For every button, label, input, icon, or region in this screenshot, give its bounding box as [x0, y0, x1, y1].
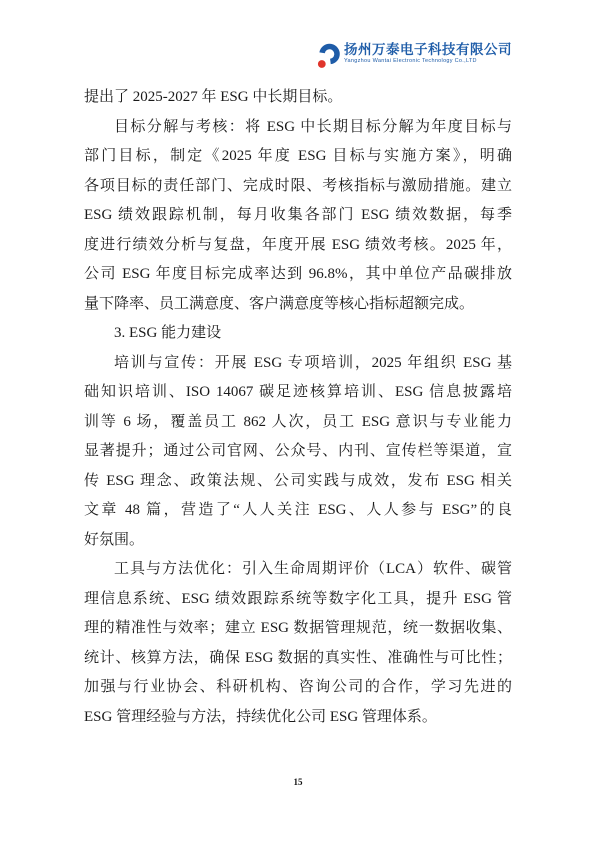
- text-line: ESG 管理经验与方法，持续优化公司 ESG 管理体系。: [84, 703, 512, 733]
- paragraph: 3. ESG 能力建设: [84, 319, 512, 349]
- text-line: 目标分解与考核：将 ESG 中长期目标分解为年度目标与: [84, 113, 512, 143]
- company-name-en: Yangzhou Wantai Electronic Technology Co…: [344, 57, 512, 65]
- page-footer: 15: [0, 772, 596, 790]
- company-logo: 扬州万泰电子科技有限公司 Yangzhou Wantai Electronic …: [317, 42, 512, 70]
- text-line: 好氛围。: [84, 526, 512, 556]
- text-line: 显著提升；通过公司官网、公众号、内刊、宣传栏等渠道，宣: [84, 437, 512, 467]
- text-line: 统计、核算方法，确保 ESG 数据的真实性、准确性与可比性；: [84, 644, 512, 674]
- text-line: 文章 48 篇，营造了“人人关注 ESG、人人参与 ESG”的良: [84, 496, 512, 526]
- company-logo-icon: [317, 43, 340, 70]
- paragraph: 目标分解与考核：将 ESG 中长期目标分解为年度目标与部门目标，制定《2025 …: [84, 113, 512, 320]
- text-line: 各项目标的责任部门、完成时限、考核指标与激励措施。建立: [84, 172, 512, 202]
- company-logo-text: 扬州万泰电子科技有限公司 Yangzhou Wantai Electronic …: [344, 42, 512, 65]
- text-line: 加强与行业协会、科研机构、咨询公司的合作，学习先进的: [84, 673, 512, 703]
- text-line: 训等 6 场，覆盖员工 862 人次，员工 ESG 意识与专业能力: [84, 408, 512, 438]
- text-line: 传 ESG 理念、政策法规、公司实践与成效，发布 ESG 相关: [84, 467, 512, 497]
- text-line: 理的精准性与效率；建立 ESG 数据管理规范，统一数据收集、: [84, 614, 512, 644]
- paragraph: 培训与宣传：开展 ESG 专项培训，2025 年组织 ESG 基础知识培训、IS…: [84, 349, 512, 556]
- text-line: 3. ESG 能力建设: [84, 319, 512, 349]
- text-line: 培训与宣传：开展 ESG 专项培训，2025 年组织 ESG 基: [84, 349, 512, 379]
- paragraph: 提出了 2025-2027 年 ESG 中长期目标。: [84, 83, 512, 113]
- text-line: 工具与方法优化：引入生命周期评价（LCA）软件、碳管: [84, 555, 512, 585]
- text-line: 公司 ESG 年度目标完成率达到 96.8%，其中单位产品碳排放: [84, 260, 512, 290]
- text-line: ESG 绩效跟踪机制，每月收集各部门 ESG 绩效数据，每季: [84, 201, 512, 231]
- page-number: 15: [294, 777, 303, 787]
- text-line: 度进行绩效分析与复盘，年度开展 ESG 绩效考核。2025 年，: [84, 231, 512, 261]
- text-line: 理信息系统、ESG 绩效跟踪系统等数字化工具，提升 ESG 管: [84, 585, 512, 615]
- text-line: 量下降率、员工满意度、客户满意度等核心指标超额完成。: [84, 290, 512, 320]
- text-line: 础知识培训、ISO 14067 碳足迹核算培训、ESG 信息披露培: [84, 378, 512, 408]
- text-line: 提出了 2025-2027 年 ESG 中长期目标。: [84, 83, 512, 113]
- company-name-zh: 扬州万泰电子科技有限公司: [344, 42, 512, 57]
- paragraph: 工具与方法优化：引入生命周期评价（LCA）软件、碳管理信息系统、ESG 绩效跟踪…: [84, 555, 512, 732]
- document-body: 提出了 2025-2027 年 ESG 中长期目标。目标分解与考核：将 ESG …: [84, 83, 512, 732]
- text-line: 部门目标，制定《2025 年度 ESG 目标与实施方案》，明确: [84, 142, 512, 172]
